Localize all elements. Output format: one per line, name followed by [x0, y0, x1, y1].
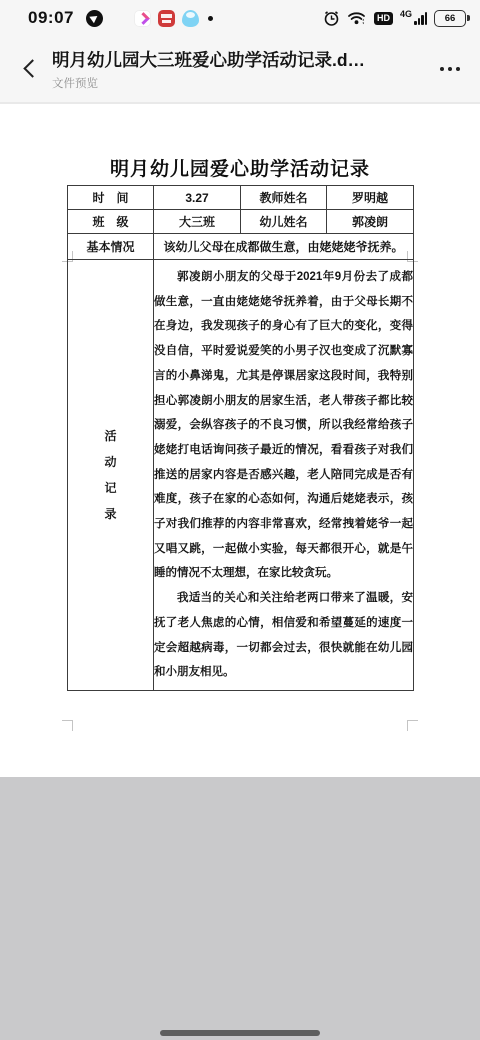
- phone-screen: 09:07: [0, 0, 480, 1040]
- activity-record-label-cell: 活 动 记 录: [68, 260, 154, 691]
- colorwheel-app-icon: [110, 10, 127, 27]
- child-name-value-cell: 郭凌朗: [327, 210, 414, 234]
- battery-percent: 66: [445, 13, 456, 24]
- hd-badge: HD: [374, 12, 393, 25]
- wifi-icon: [347, 10, 367, 27]
- status-icons: HD 4G 66: [323, 10, 466, 27]
- cellular-signal-icon: 4G: [400, 12, 427, 25]
- teacher-name-label-cell: 教师姓名: [241, 186, 327, 210]
- table-row-activity-record: 活 动 记 录 郭凌朗小朋友的父母于2021年9月份去了成都做生意，一直由姥姥姥…: [68, 260, 414, 691]
- header-titles: 明月幼儿园大三班爱心助学活动记录.d… 文件预览: [52, 47, 438, 91]
- battery-icon: 66: [434, 10, 466, 27]
- notification-icons: [86, 10, 213, 27]
- browser-app-icon: [86, 10, 103, 27]
- more-options-button[interactable]: [438, 59, 463, 80]
- teacher-name-value-cell: 罗明越: [327, 186, 414, 210]
- red-app-icon: [158, 10, 175, 27]
- page-margin-mark-bottom-right: [407, 720, 418, 731]
- back-button[interactable]: [18, 56, 44, 82]
- time-value-cell: 3.27: [154, 186, 241, 210]
- child-name-label-cell: 幼儿姓名: [241, 210, 327, 234]
- top-chrome: 09:07: [0, 0, 480, 104]
- class-value-cell: 大三班: [154, 210, 241, 234]
- more-notifications-dot: [208, 16, 213, 21]
- alarm-clock-icon: [323, 10, 340, 27]
- table-row-basic-info: 基本情况 该幼儿父母在成都做生意，由姥姥姥爷抚养。: [68, 234, 414, 260]
- background-area: [0, 777, 480, 1040]
- home-indicator-bar[interactable]: [160, 1030, 320, 1036]
- record-paragraph-2: 我适当的关心和关注给老两口带来了温暖，安抚了老人焦虑的心情，相信爱和希望蔓延的速…: [154, 586, 413, 685]
- file-name-title: 明月幼儿园大三班爱心助学活动记录.d…: [52, 47, 422, 72]
- table-row-time: 时 间 3.27 教师姓名 罗明越: [68, 186, 414, 210]
- document-title: 明月幼儿园爱心助学活动记录: [0, 154, 480, 181]
- page-margin-mark-bottom-left: [62, 720, 73, 731]
- class-label-cell: 班 级: [68, 210, 154, 234]
- qq-app-icon: [182, 10, 199, 27]
- activity-record-text-cell: 郭凌朗小朋友的父母于2021年9月份去了成都做生意，一直由姥姥姥爷抚养着，由于父…: [154, 260, 414, 691]
- time-label-cell: 时 间: [68, 186, 154, 210]
- basic-info-value-cell: 该幼儿父母在成都做生意，由姥姥姥爷抚养。: [154, 234, 414, 260]
- file-preview-header: 明月幼儿园大三班爱心助学活动记录.d… 文件预览: [0, 36, 480, 102]
- table-row-class: 班 级 大三班 幼儿姓名 郭凌朗: [68, 210, 414, 234]
- clock-time: 09:07: [28, 8, 74, 28]
- record-paragraph-1: 郭凌朗小朋友的父母于2021年9月份去了成都做生意，一直由姥姥姥爷抚养着，由于父…: [154, 265, 413, 586]
- activity-record-table: 时 间 3.27 教师姓名 罗明越 班 级 大三班 幼儿姓名 郭凌朗 基本情况 …: [67, 185, 414, 691]
- status-bar: 09:07: [0, 0, 480, 36]
- basic-info-label-cell: 基本情况: [68, 234, 154, 260]
- network-type-label: 4G: [400, 9, 412, 19]
- video-app-icon: [134, 10, 151, 27]
- file-preview-label: 文件预览: [52, 75, 438, 91]
- document-preview[interactable]: 明月幼儿园爱心助学活动记录 时 间 3.27 教师姓名 罗明越 班 级 大三班 …: [0, 104, 480, 777]
